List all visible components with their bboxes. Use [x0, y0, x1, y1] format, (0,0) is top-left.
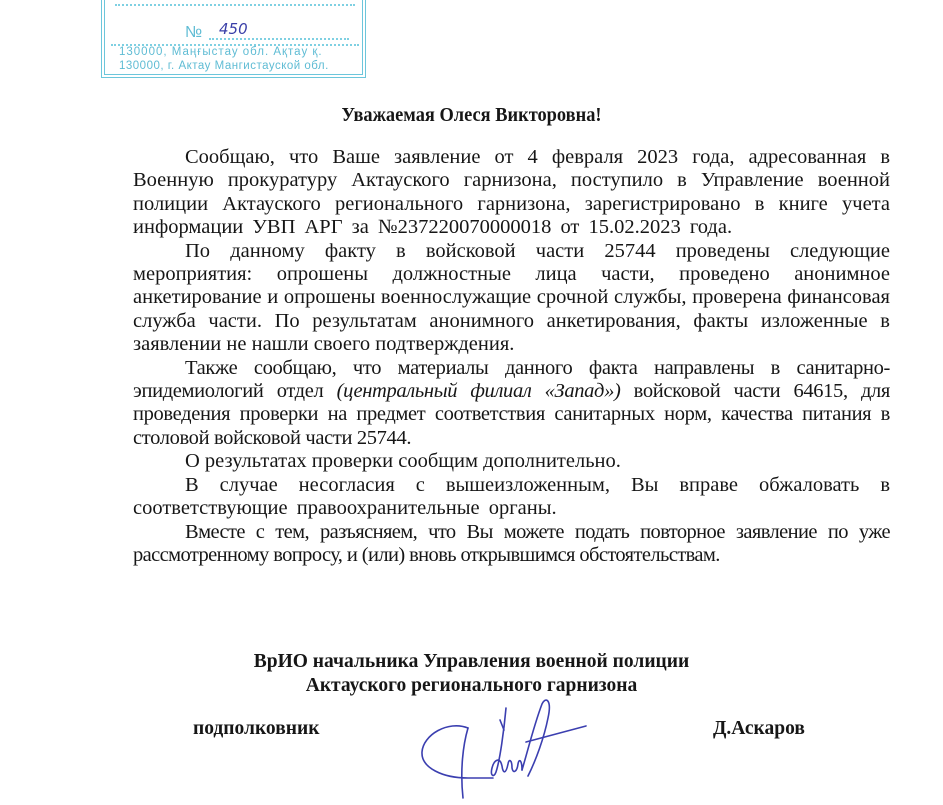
stamp-number-line [209, 38, 349, 40]
letter-body: Сообщаю, что Ваше заявление от 4 февраля… [133, 146, 890, 567]
stamp-date-line [115, 0, 355, 6]
paragraph-appeal-rights: В случае несогласия с вышеизложенным, Вы… [133, 474, 890, 521]
signatory-title-line1: ВрИО начальника Управления военной полиц… [0, 650, 943, 674]
paragraph-repeat-application: Вместе с тем, разъясняем, что Вы можете … [133, 521, 890, 568]
paragraph-sanitary-referral: Также сообщаю, что материалы данного фак… [133, 357, 890, 451]
paragraph-registration: Сообщаю, что Ваше заявление от 4 февраля… [133, 146, 890, 240]
stamp-number-label: № [185, 24, 203, 42]
referral-branch-italic: (центральный филиал «Запад») [337, 380, 621, 402]
salutation: Уважаемая Олеся Викторовна! [38, 104, 906, 127]
signatory-name: Д.Аскаров [713, 718, 805, 740]
stamp-address-kz: 130000, Маңғыстау обл. Ақтау қ. [119, 46, 323, 58]
stamp-address-ru: 130000, г. Актау Мангистауской обл. [119, 60, 329, 72]
paragraph-inspection: По данному факту в войсковой части 25744… [133, 240, 890, 357]
signatory-rank: подполковник [193, 718, 319, 740]
stamp-number-value: 450 [219, 20, 248, 38]
paragraph-results-pending: О результатах проверки сообщим дополните… [133, 450, 890, 473]
registration-stamp: № 450 130000, Маңғыстау обл. Ақтау қ. 13… [101, 0, 366, 78]
handwritten-signature-icon [408, 690, 588, 805]
